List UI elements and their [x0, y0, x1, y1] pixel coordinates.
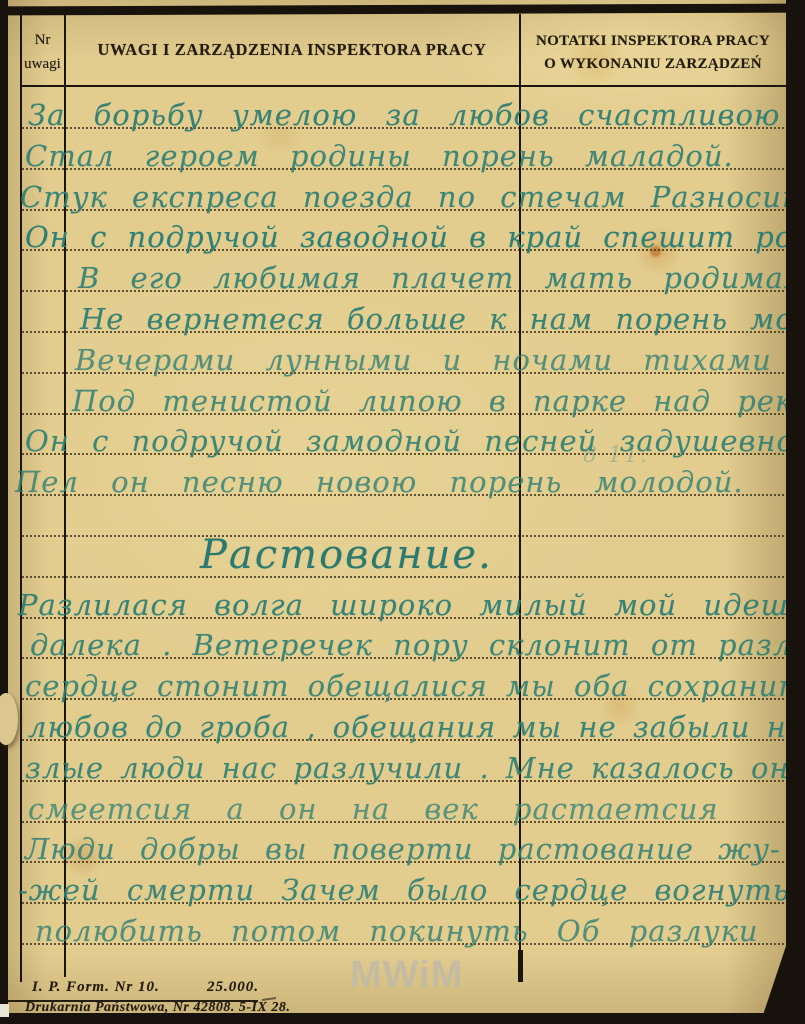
- header-notes-line2: O WYKONANIU ZARZĄDZEŃ: [522, 53, 784, 76]
- handwriting-line-v1-7: Вечерами лунными и ночами тихами: [75, 343, 772, 377]
- header-col-nr: Nr uwagi: [20, 28, 65, 76]
- page-border-bottom: [0, 1013, 805, 1024]
- handwriting-line-v1-9: Он с подручой замодной песней задушевною: [25, 424, 805, 458]
- page-border-left: [0, 0, 8, 1024]
- handwriting-line-v1-2: Стал героем родины порень маладой.: [25, 139, 734, 173]
- form-number: I. P. Form. Nr 10.: [32, 979, 160, 996]
- handwriting-line-v2-3: сердце стонит обещалися мы оба сохранить: [25, 669, 805, 703]
- handwriting-line-v2-4: любов до гроба , обещания мы не забыли н…: [28, 710, 805, 744]
- handwriting-line-v1-6: Не вернетеся больше к нам порень молодой: [80, 302, 805, 336]
- header-col-notes: NOTATKI INSPEKTORA PRACY O WYKONANIU ZAR…: [522, 30, 784, 76]
- header-col-remarks: UWAGI I ZARZĄDZENIA INSPEKTORA PRACY: [66, 40, 518, 60]
- header-uwagi-label: uwagi: [20, 52, 65, 76]
- header-underline: [20, 85, 787, 87]
- handwriting-line-v1-5: В его любимая плачет мать родимая: [78, 261, 804, 295]
- table-divider-notes-end: [518, 950, 523, 982]
- handwriting-song-title: Растование.: [200, 532, 493, 578]
- header-nr-label: Nr: [20, 28, 65, 52]
- handwriting-line-v1-8: Под тенистой липою в парке над рекой: [72, 384, 805, 418]
- page-border-top: [5, 4, 791, 16]
- handwriting-line-v2-6: смеетсия а он на век растаетсия: [28, 792, 719, 826]
- handwriting-line-v2-9: полюбить потом покинуть Об разлуки: [35, 914, 759, 948]
- logbook-page: Nr uwagi UWAGI I ZARZĄDZENIA INSPEKTORA …: [0, 0, 805, 1024]
- handwriting-line-v2-1: Разлилася волга широко милый мой идеш: [18, 588, 789, 622]
- handwriting-line-v1-4: Он с подручой заводной в край спешит род…: [25, 220, 805, 254]
- handwriting-line-v1-10: Пел он песню новою порень молодой.: [15, 465, 744, 499]
- paper-sliver: [0, 1004, 9, 1017]
- binding-tear: [0, 693, 18, 745]
- museum-watermark: MWiM: [350, 954, 463, 997]
- handwriting-line-v2-7: Люди добры вы поверти растование жу-: [25, 832, 781, 866]
- handwriting-line-v2-2: далека . Ветеречек пору склонит от разлу…: [30, 628, 805, 662]
- handwriting-line-v1-3: Стук експреса поезда по стечам Разноситс…: [20, 180, 805, 214]
- header-notes-line1: NOTATKI INSPEKTORA PRACY: [522, 30, 784, 53]
- print-run: 25.000.: [207, 979, 259, 996]
- page-border-right: [786, 0, 805, 1024]
- ink-bleed-ghost: 8 11.: [583, 443, 649, 468]
- handwriting-line-v2-8: -жей смерти Зачем было сердце вогнуть: [18, 873, 790, 907]
- handwriting-line-v2-5: злые люди нас разлучили . Мне казалось о…: [25, 751, 790, 785]
- handwriting-line-v1-1: За борьбу умелою за любов счастливою: [28, 98, 780, 132]
